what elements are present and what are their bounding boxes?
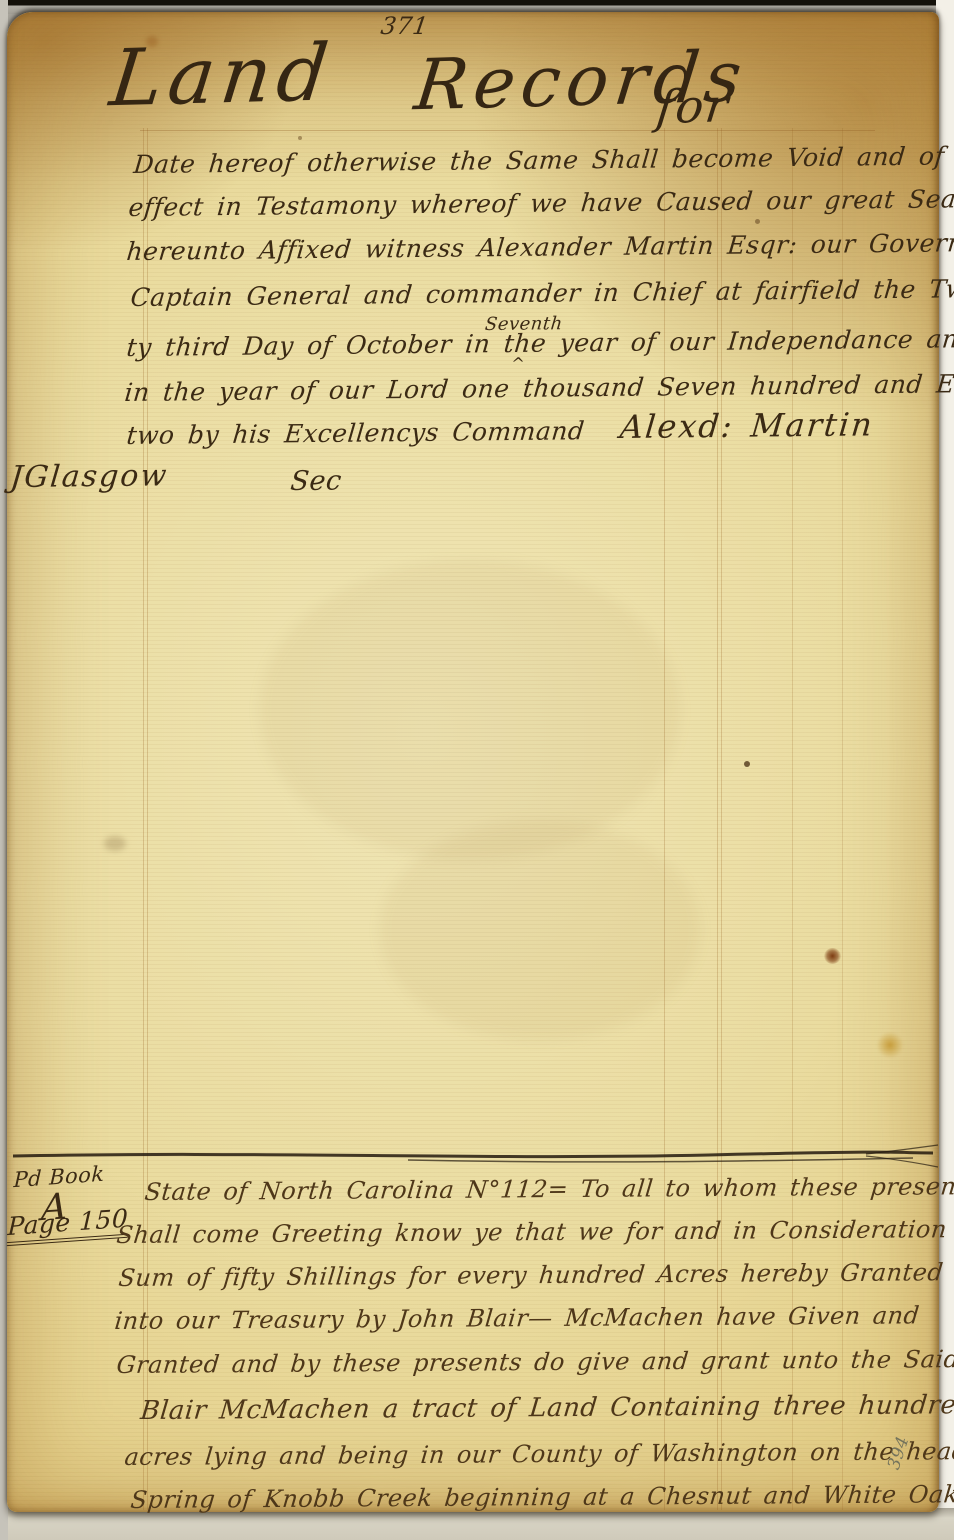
record-line: Sum of fifty Shillings for every hundred… (117, 1258, 954, 1292)
record-line: Shall come Greeting know ye that we for … (115, 1215, 954, 1249)
caret-mark: ^ (510, 354, 526, 373)
record-line: into our Treasury by John Blair— McMache… (113, 1301, 921, 1335)
scanned-ledger-page: 371 Land Records for Date hereof otherwi… (0, 0, 954, 1540)
record-line: Blair McMachen a tract of Land Containin… (139, 1390, 954, 1426)
title-word-land: Land (106, 28, 339, 124)
record-line: Spring of Knobb Creek beginning at a Che… (129, 1480, 954, 1514)
header-rule (140, 130, 875, 131)
record-line: State of North Carolina N°112= To all to… (143, 1172, 954, 1206)
governor-signature: Alexd: Martin (618, 405, 875, 446)
inserted-word: Seventh (484, 313, 564, 335)
record-line: Granted and by these presents do give an… (115, 1345, 954, 1379)
title-word-for: for (654, 78, 733, 134)
separator-rule (8, 1140, 944, 1174)
clerk-title: Sec (289, 465, 343, 497)
record-line: acres lying and being in our County of W… (123, 1437, 954, 1471)
record-line: two by his Excellencys Command (125, 416, 586, 450)
clerk-signature: JGlasgow (9, 458, 170, 495)
page-number: 371 (379, 12, 430, 40)
